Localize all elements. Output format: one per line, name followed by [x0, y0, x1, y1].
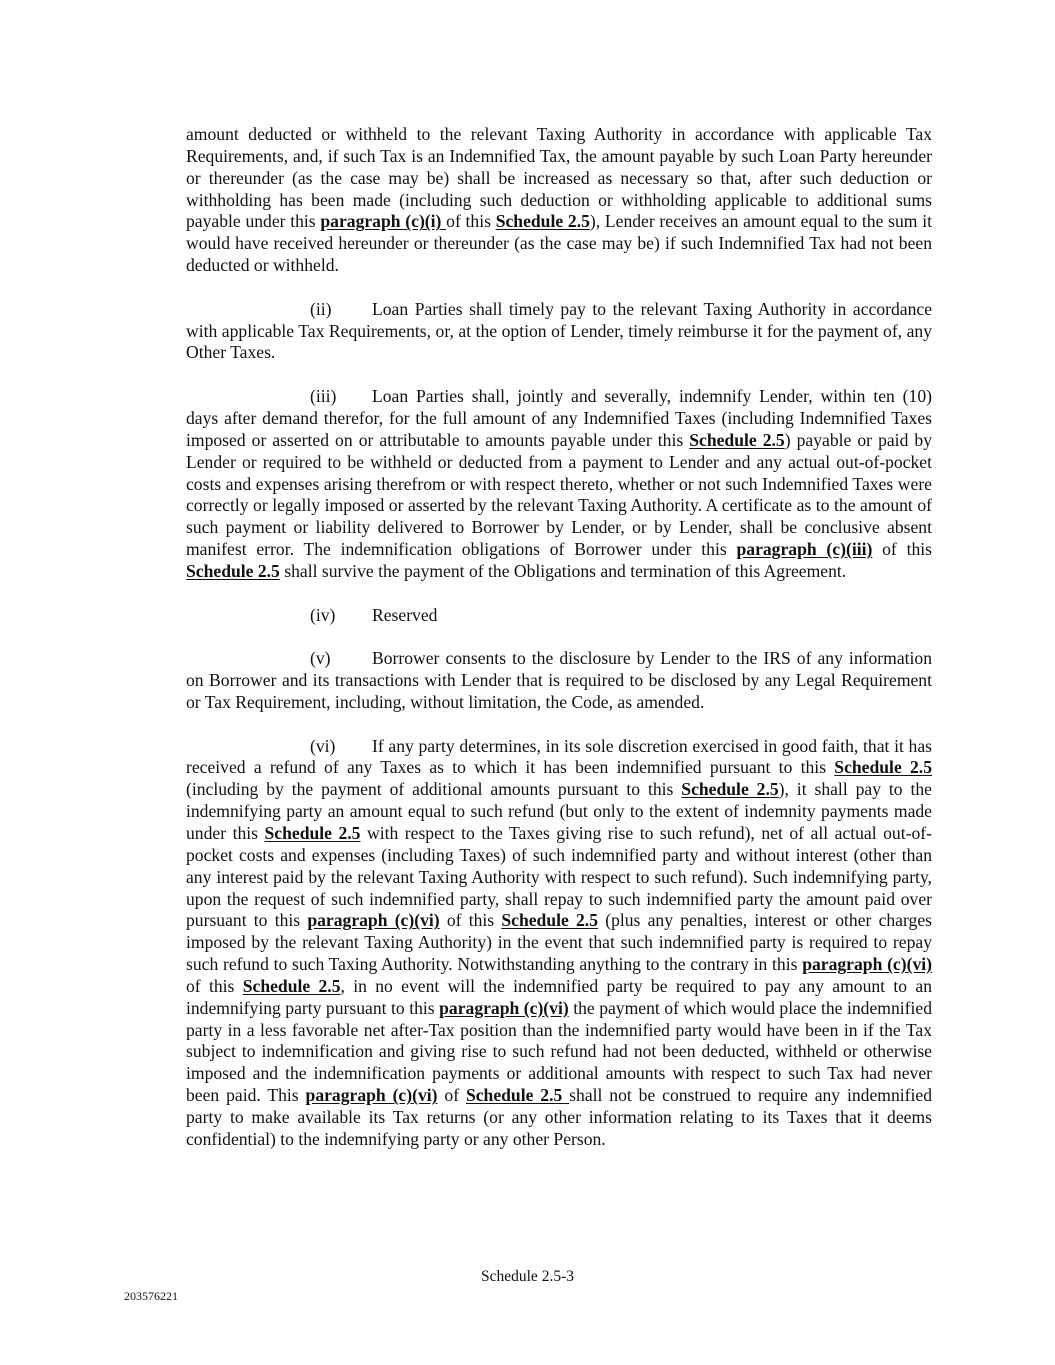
paragraph-number: (iv) — [310, 605, 372, 627]
paragraph-c-v: (v)Borrower consents to the disclosure b… — [186, 648, 932, 714]
text-segment: of this — [446, 211, 496, 231]
cross-reference[interactable]: Schedule 2.5 — [186, 561, 280, 581]
text-segment: (including by the payment of additional … — [186, 779, 681, 799]
paragraph-c-ii: (ii)Loan Parties shall timely pay to the… — [186, 299, 932, 365]
cross-reference[interactable]: Schedule 2.5 — [265, 823, 361, 843]
paragraph-c-i-continued: amount deducted or withheld to the relev… — [186, 124, 932, 277]
paragraph-number: (iii) — [310, 386, 372, 408]
cross-reference[interactable]: Schedule 2.5 — [466, 1085, 569, 1105]
cross-reference[interactable]: Schedule 2.5 — [496, 211, 590, 231]
text-segment: of this — [872, 539, 932, 559]
cross-reference[interactable]: paragraph (c)(vi) — [802, 954, 932, 974]
text-segment: of — [438, 1085, 466, 1105]
document-body: amount deducted or withheld to the relev… — [186, 124, 932, 1173]
cross-reference[interactable]: Schedule 2.5 — [834, 757, 932, 777]
text-segment: of this — [186, 976, 243, 996]
paragraph-c-iii: (iii)Loan Parties shall, jointly and sev… — [186, 386, 932, 583]
text-segment: Loan Parties shall timely pay to the rel… — [186, 299, 932, 363]
cross-reference[interactable]: paragraph (c)(vi) — [306, 1085, 438, 1105]
text-segment: Borrower consents to the disclosure by L… — [186, 648, 932, 712]
cross-reference[interactable]: paragraph (c)(i) — [320, 211, 446, 231]
paragraph-number: (vi) — [310, 736, 372, 758]
cross-reference[interactable]: Schedule 2.5 — [689, 430, 785, 450]
cross-reference[interactable]: paragraph (c)(iii) — [736, 539, 872, 559]
page-footer: Schedule 2.5-3 — [0, 1268, 1055, 1286]
cross-reference[interactable]: Schedule 2.5 — [681, 779, 778, 799]
paragraph-number: (v) — [310, 648, 372, 670]
text-segment: If any party determines, in its sole dis… — [186, 736, 932, 778]
cross-reference[interactable]: paragraph (c)(vi) — [439, 998, 569, 1018]
cross-reference[interactable]: Schedule 2.5 — [501, 910, 598, 930]
cross-reference[interactable]: paragraph (c)(vi) — [307, 910, 439, 930]
text-segment: shall survive the payment of the Obligat… — [280, 561, 846, 581]
text-segment: of this — [440, 910, 502, 930]
paragraph-number: (ii) — [310, 299, 372, 321]
document-id: 203576221 — [124, 1289, 178, 1304]
paragraph-c-iv: (iv)Reserved — [186, 605, 932, 627]
page-label: Schedule 2.5-3 — [481, 1268, 574, 1285]
text-segment: Reserved — [372, 605, 437, 625]
cross-reference[interactable]: Schedule 2.5 — [243, 976, 341, 996]
paragraph-c-vi: (vi)If any party determines, in its sole… — [186, 736, 932, 1151]
